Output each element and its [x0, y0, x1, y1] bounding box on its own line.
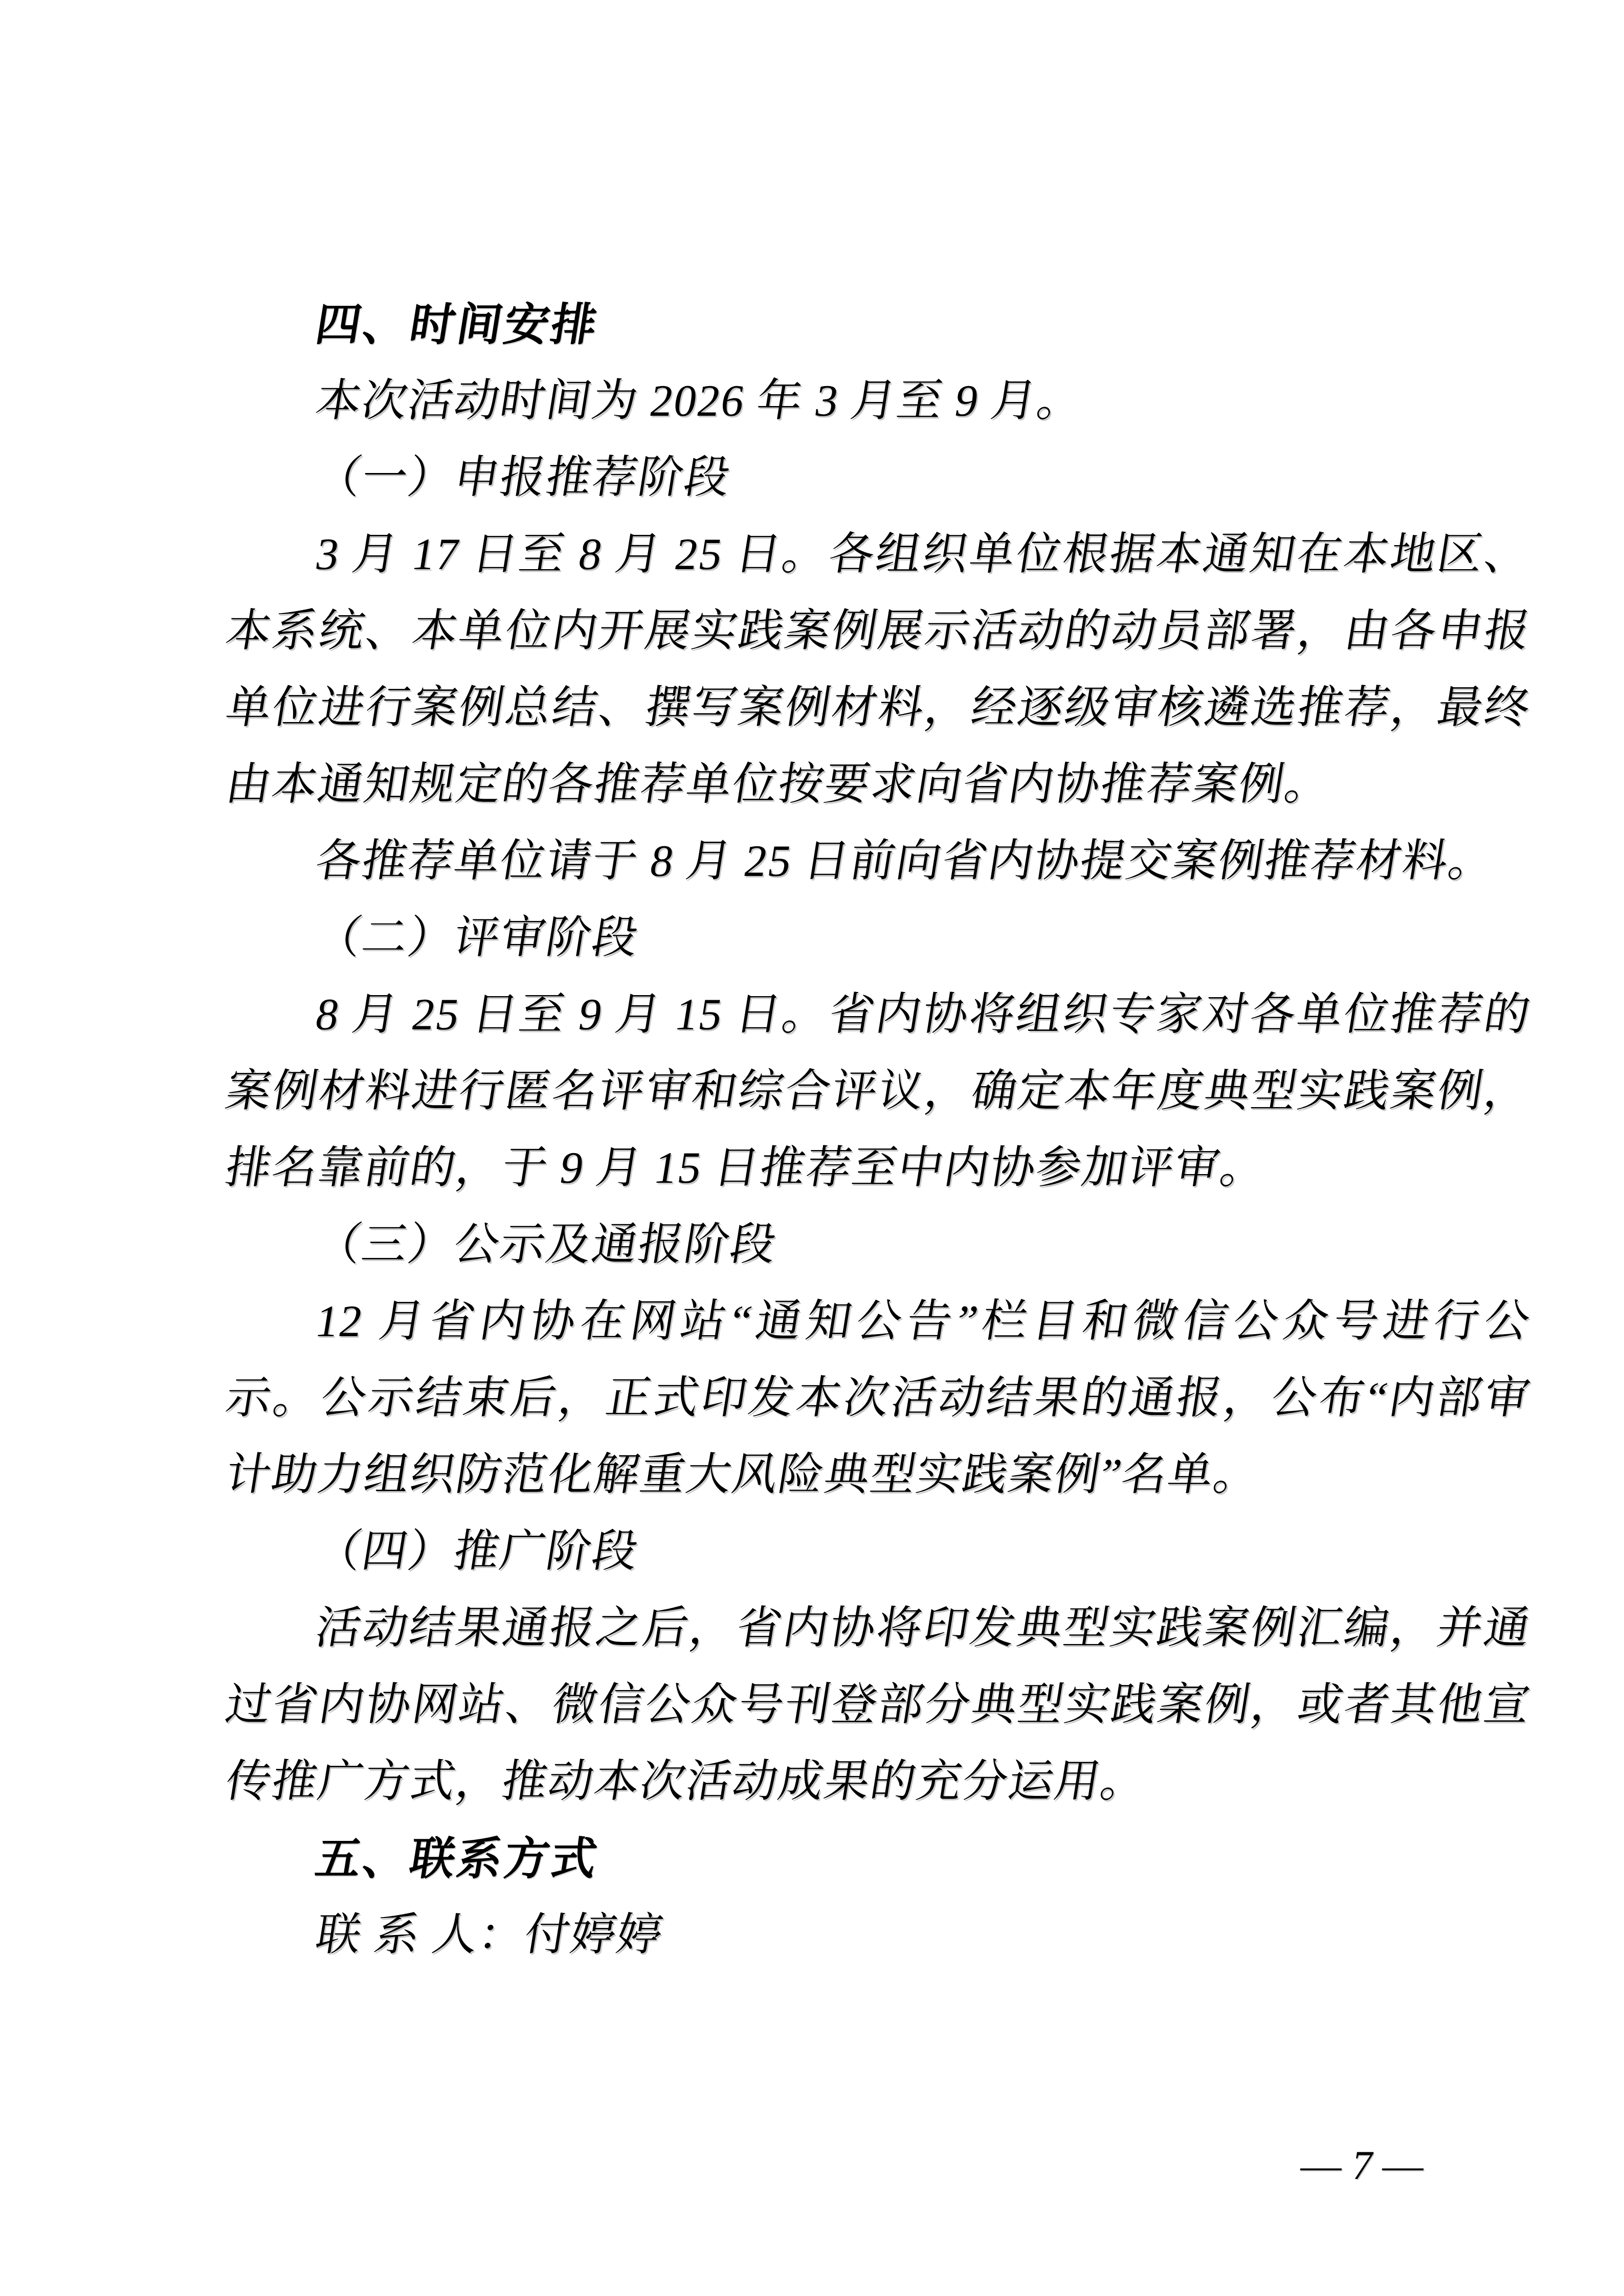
stage-two-para-line: 案例材料进行匿名评审和综合评议，确定本年度典型实践案例， — [220, 1053, 1537, 1130]
section-five-heading: 五、联系方式 — [220, 1820, 1537, 1897]
page-number-footer: — 7 — — [1281, 2137, 1443, 2194]
stage-four-para-line: 传推广方式，推动本次活动成果的充分运用。 — [220, 1744, 1537, 1820]
stage-four-para-line: 过省内协网站、微信公众号刊登部分典型实践案例，或者其他宣 — [220, 1667, 1537, 1744]
contact-person-line: 联 系 人：付婷婷 — [220, 1897, 1537, 1974]
stage-one-note: 各推荐单位请于 8 月 25 日前向省内协提交案例推荐材料。 — [220, 823, 1537, 900]
stage-one-para-line: 由本通知规定的各推荐单位按要求向省内协推荐案例。 — [220, 747, 1537, 823]
activity-time-intro: 本次活动时间为 2026 年 3 月至 9 月。 — [220, 363, 1537, 440]
stage-three-para-line: 计助力组织防范化解重大风险典型实践案例”名单。 — [220, 1437, 1537, 1514]
document-page: 四、时间安排 本次活动时间为 2026 年 3 月至 9 月。 （一）申报推荐阶… — [0, 0, 1624, 2296]
stage-one-para-line: 单位进行案例总结、撰写案例材料，经逐级审核遴选推荐，最终 — [220, 670, 1537, 747]
stage-one-para-line: 本系统、本单位内开展实践案例展示活动的动员部署，由各申报 — [220, 593, 1537, 670]
document-body: 四、时间安排 本次活动时间为 2026 年 3 月至 9 月。 （一）申报推荐阶… — [220, 286, 1524, 1974]
stage-one-heading: （一）申报推荐阶段 — [220, 440, 1537, 516]
stage-two-para-line: 排名靠前的，于 9 月 15 日推荐至中内协参加评审。 — [220, 1130, 1537, 1207]
stage-two-para-line: 8 月 25 日至 9 月 15 日。省内协将组织专家对各单位推荐的 — [220, 977, 1537, 1053]
stage-two-heading: （二）评审阶段 — [220, 900, 1537, 977]
stage-four-heading: （四）推广阶段 — [220, 1514, 1537, 1590]
section-four-heading: 四、时间安排 — [220, 286, 1537, 363]
stage-four-para-line: 活动结果通报之后，省内协将印发典型实践案例汇编，并通 — [220, 1590, 1537, 1667]
stage-one-para-line: 3 月 17 日至 8 月 25 日。各组织单位根据本通知在本地区、 — [220, 516, 1537, 593]
stage-three-para-line: 12 月省内协在网站“通知公告”栏目和微信公众号进行公 — [220, 1284, 1537, 1360]
stage-three-heading: （三）公示及通报阶段 — [220, 1207, 1537, 1284]
stage-three-para-line: 示。公示结束后，正式印发本次活动结果的通报，公布“内部审 — [220, 1360, 1537, 1437]
